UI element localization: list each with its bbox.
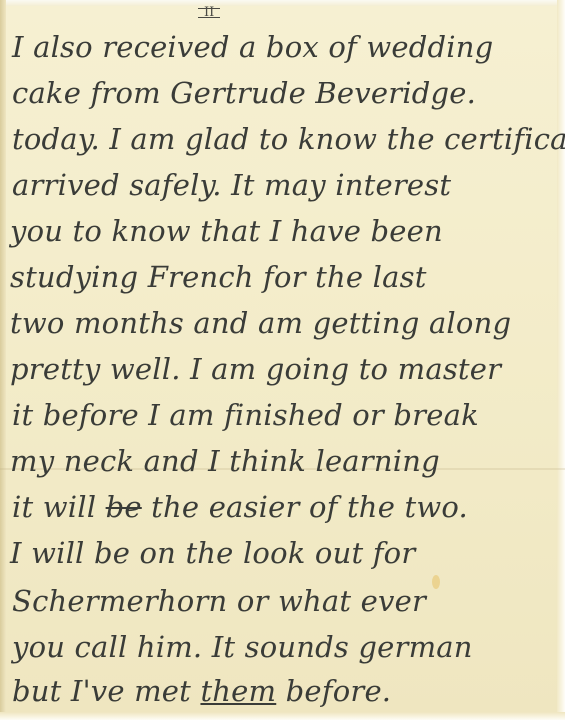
underlined-word: them bbox=[200, 674, 276, 708]
paper-stain bbox=[432, 575, 440, 589]
page-number: II bbox=[198, 8, 220, 18]
text-line: you to know that I have been bbox=[10, 214, 443, 248]
text-line: today. I am glad to know the certificate bbox=[12, 122, 565, 156]
text-segment: the easier of the two. bbox=[142, 490, 468, 524]
text-segment: before. bbox=[276, 674, 391, 708]
text-line: cake from Gertrude Beveridge. bbox=[12, 76, 476, 110]
text-line: two months and am getting along bbox=[10, 306, 511, 340]
letter-page: II I also received a box of wedding cake… bbox=[0, 0, 565, 720]
struck-word: be bbox=[106, 490, 142, 524]
text-line: my neck and I think learning bbox=[10, 444, 440, 478]
text-line: studying French for the last bbox=[10, 260, 427, 294]
text-line-with-underline: but I've met them before. bbox=[12, 674, 391, 708]
text-line: arrived safely. It may interest bbox=[12, 168, 451, 202]
paper-right-edge bbox=[557, 0, 565, 720]
text-segment: it will bbox=[12, 490, 106, 524]
text-segment: but I've met bbox=[12, 674, 200, 708]
text-line: you call him. It sounds german bbox=[12, 630, 473, 664]
paper-left-edge bbox=[0, 0, 6, 720]
paper-top-edge bbox=[0, 0, 565, 6]
text-line: pretty well. I am going to master bbox=[10, 352, 501, 386]
text-line: I also received a box of wedding bbox=[12, 30, 493, 64]
text-line: I will be on the look out for bbox=[10, 536, 415, 570]
text-line: Schermerhorn or what ever bbox=[12, 584, 426, 618]
paper-bottom-edge bbox=[0, 712, 565, 720]
text-line: it before I am finished or break bbox=[12, 398, 479, 432]
text-line-with-strikethrough: it will be the easier of the two. bbox=[12, 490, 468, 524]
